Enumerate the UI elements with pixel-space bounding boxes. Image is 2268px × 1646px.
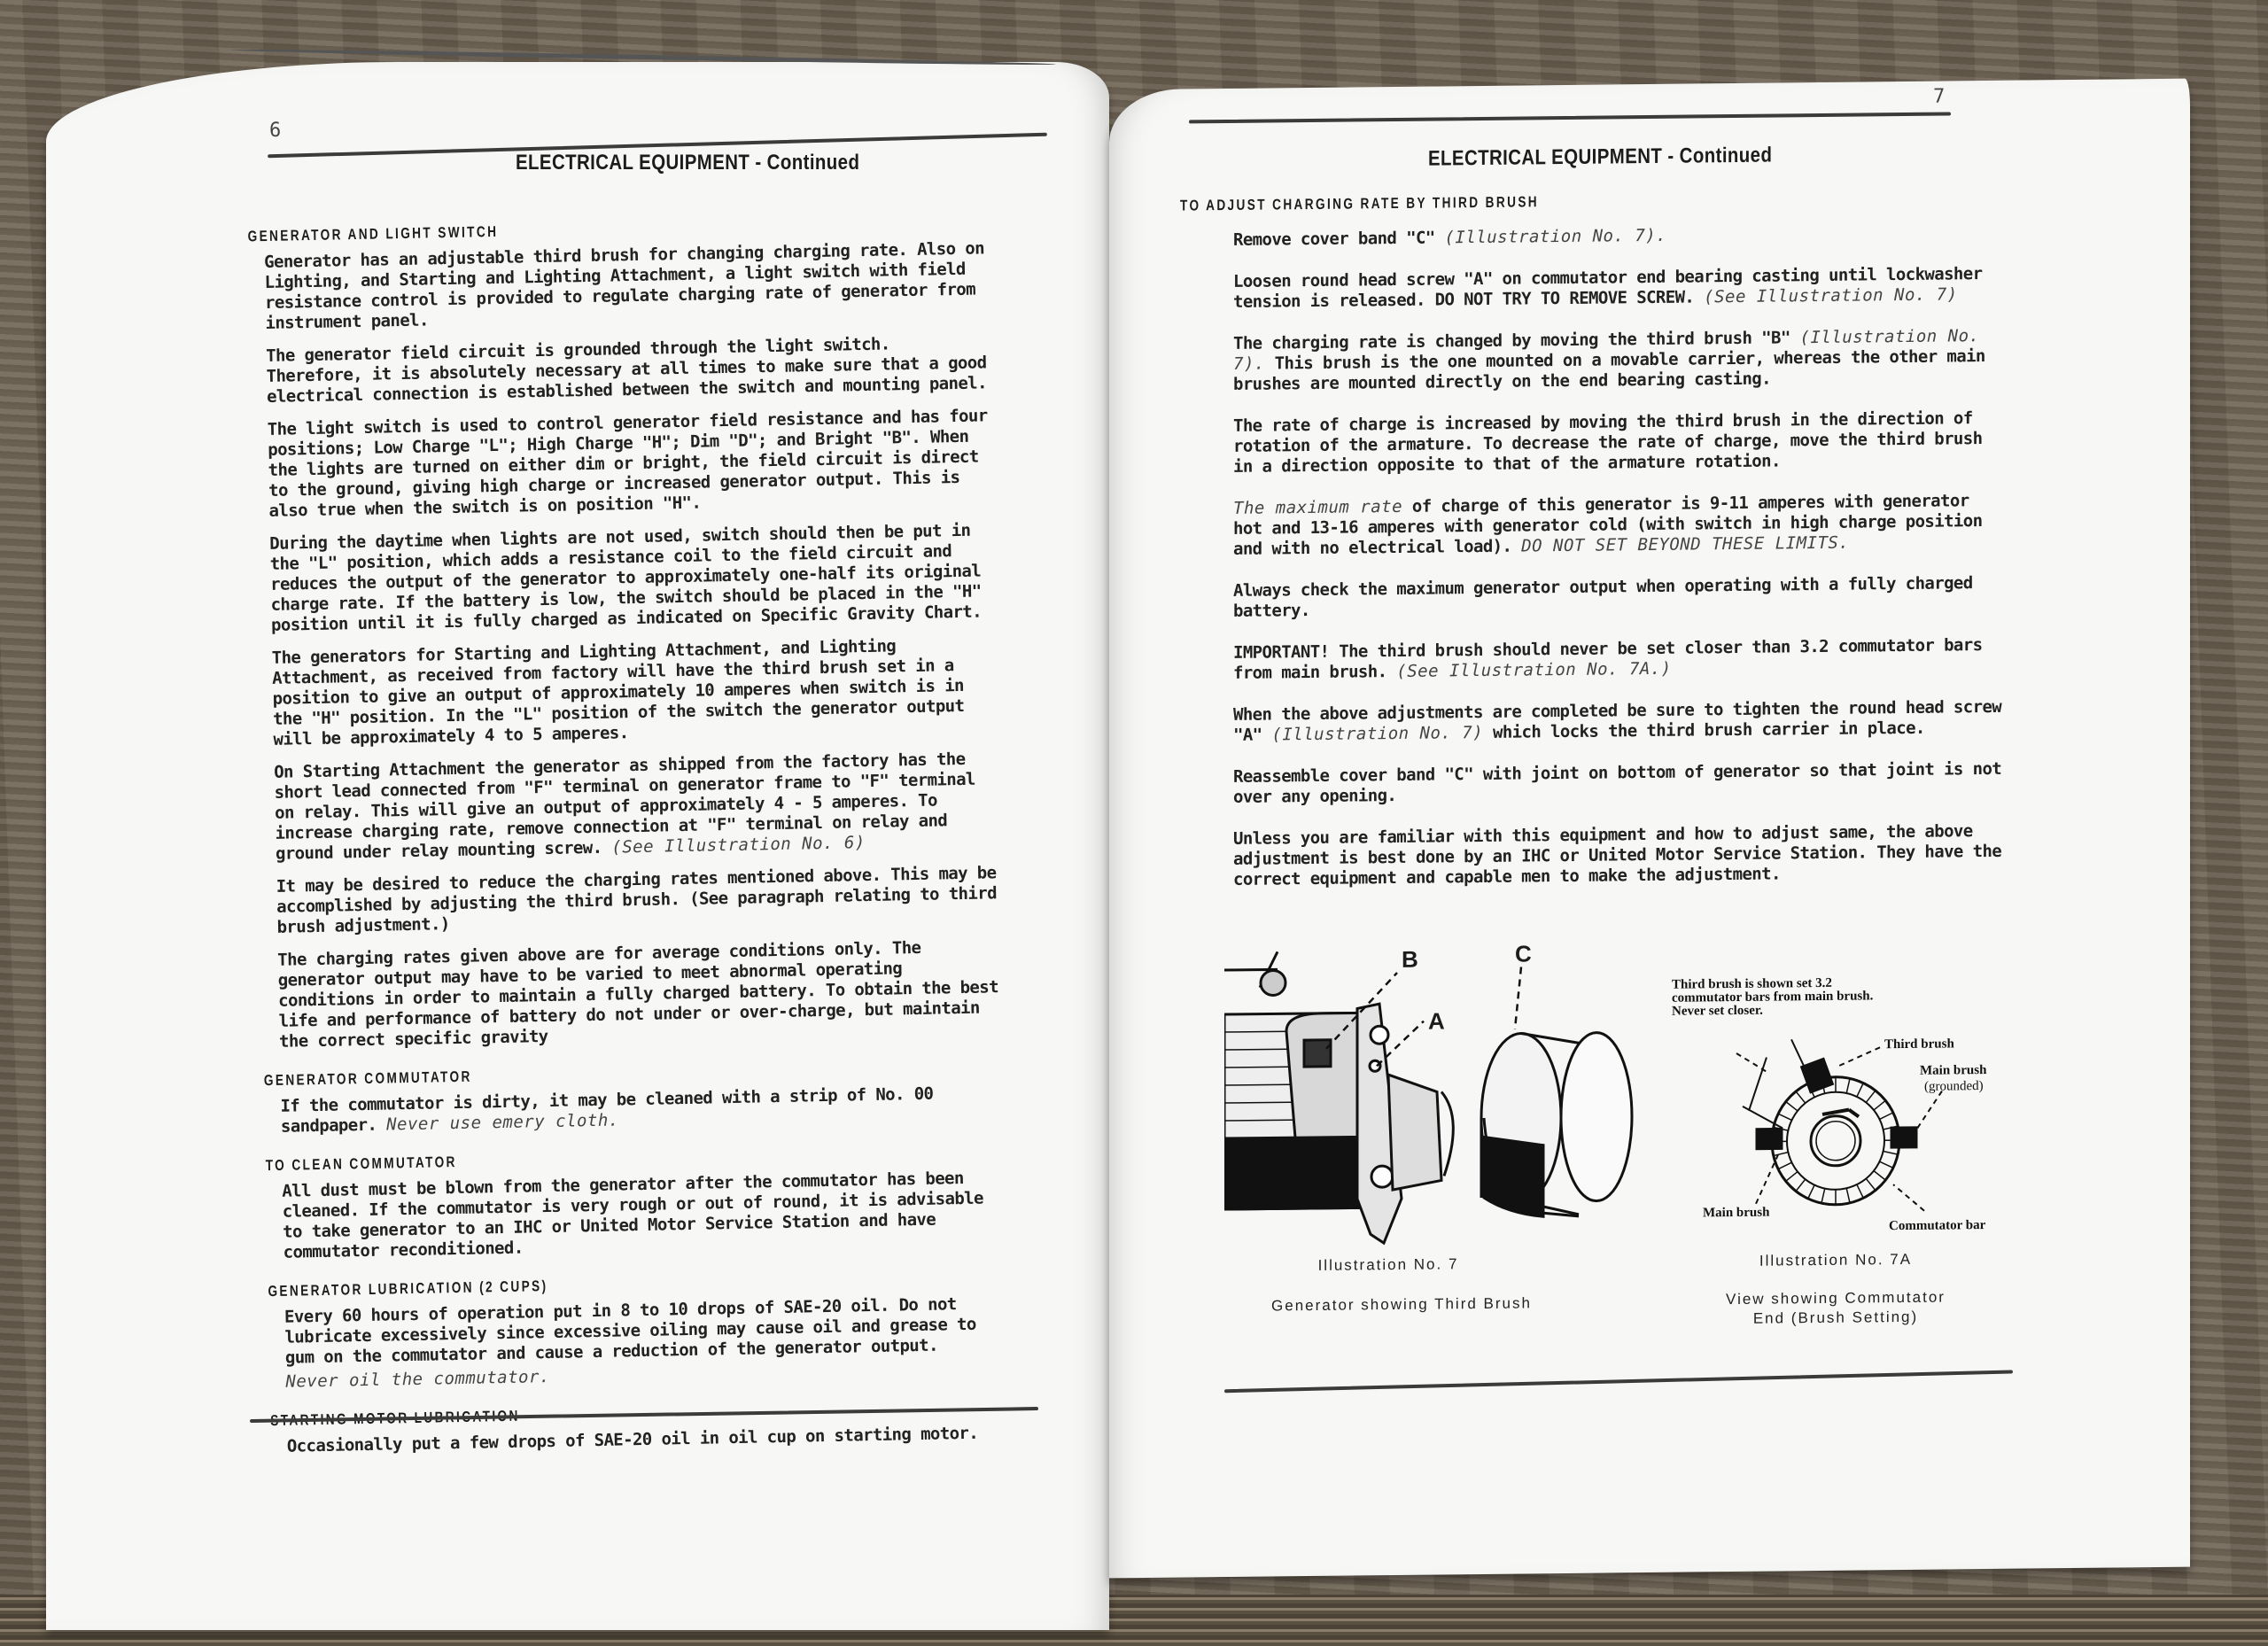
paragraph: The light switch is used to control gene… (268, 406, 996, 522)
label-a: A (1428, 1007, 1445, 1035)
paragraph: On Starting Attachment the generator as … (274, 749, 1002, 865)
section-heading: GENERATOR AND LIGHT SWITCH (247, 216, 842, 245)
main-brush-label: Main brush (1703, 1207, 1769, 1221)
paragraph: It may be desired to reduce the charging… (276, 863, 1003, 938)
right-text-column: TO ADJUST CHARGING RATE BY THIRD BRUSH R… (1233, 169, 2004, 912)
illustration-reference: (See Illustration No. 7A.) (1396, 659, 1671, 681)
footer-rule (1224, 1370, 2013, 1393)
paragraph: The charging rates given above are for a… (277, 936, 1006, 1052)
warning-note: Never use emery cloth. (386, 1110, 619, 1134)
paragraph: If the commutator is dirty, it may be cl… (280, 1083, 1007, 1137)
third-brush-label: Third brush (1884, 1037, 1954, 1052)
main-brush-grounded-label: Main brush (1920, 1064, 1986, 1078)
paragraph: Occasionally put a few drops of SAE-20 o… (287, 1423, 1014, 1457)
illustration-reference: (Illustration No. 7). (1444, 226, 1666, 248)
paragraph-text: which locks the third brush carrier in p… (1493, 718, 1925, 742)
paragraph: Unless you are familiar with this equipm… (1233, 821, 2004, 890)
illustration-7a-caption: Illustration No. 7A (1703, 1250, 1969, 1270)
paragraph: Reassemble cover band "C" with joint on … (1233, 759, 2004, 808)
paragraph: IMPORTANT! The third brush should never … (1233, 635, 2004, 684)
commutator-diagram (1658, 967, 2013, 1236)
paragraph-text: This brush is the one mounted on a movab… (1233, 346, 1985, 394)
paragraph: The maximum rate of charge of this gener… (1233, 491, 2004, 560)
page-number: 6 (269, 120, 281, 142)
illustration-7: B C A Illustration No. 7 Generator showi… (1224, 930, 1685, 1307)
paragraph: Every 60 hours of operation put in 8 to … (284, 1293, 1012, 1369)
illustration-7a-subcaption-2: End (Brush Setting) (1685, 1308, 1986, 1329)
paragraph: When the above adjustments are completed… (1233, 697, 2004, 746)
paragraph-text: Remove cover band "C" (1233, 229, 1435, 250)
paragraph: During the daytime when lights are not u… (269, 520, 998, 636)
illustration-7-subcaption: Generator showing Third Brush (1242, 1294, 1561, 1316)
right-page: 7 ELECTRICAL EQUIPMENT - Continued TO AD… (1109, 79, 2190, 1579)
section-heading: GENERATOR COMMUTATOR (264, 1060, 858, 1090)
illustration-reference: (See Illustration No. 6) (611, 833, 866, 857)
paragraph: The generators for Starting and Lighting… (272, 634, 1000, 750)
left-text-column: GENERATOR AND LIGHT SWITCH Generator has… (263, 194, 1014, 1469)
page-title: ELECTRICAL EQUIPMENT - Continued (516, 151, 859, 175)
warning-note: DO NOT SET BEYOND THESE LIMITS. (1521, 533, 1849, 556)
illustration-reference: (Illustration No. 7) (1271, 723, 1483, 745)
commutator-bar-label: Commutator bar (1889, 1219, 1985, 1233)
section-heading: GENERATOR LUBRICATION (2 CUPS) (268, 1271, 862, 1300)
paragraph: All dust must be blown from the generato… (282, 1168, 1010, 1263)
illustration-7a: Third brush is shown set 3.2 commutator … (1658, 967, 2013, 1360)
section-heading: TO CLEAN COMMUTATOR (266, 1145, 860, 1175)
paragraph: Generator has an adjustable third brush … (264, 238, 992, 334)
paragraph: Remove cover band "C" (Illustration No. … (1233, 222, 2004, 251)
paragraph: Loosen round head screw "A" on commutato… (1233, 264, 2004, 313)
illustration-7-caption: Illustration No. 7 (1264, 1255, 1512, 1276)
paragraph: Always check the maximum generator outpu… (1233, 573, 2004, 622)
page-title: ELECTRICAL EQUIPMENT - Continued (1428, 144, 1772, 172)
grounded-label: (grounded) (1924, 1080, 1984, 1094)
page-number: 7 (1933, 86, 1945, 108)
label-c: C (1515, 940, 1532, 967)
section-heading: TO ADJUST CHARGING RATE BY THIRD BRUSH (1180, 190, 1839, 215)
paragraph: The charging rate is changed by moving t… (1233, 326, 2004, 395)
illustration-7a-subcaption-1: View showing Commutator (1685, 1288, 1986, 1309)
label-b: B (1402, 946, 1418, 974)
top-arc-rule (232, 48, 1056, 66)
generator-drawing (1224, 930, 1685, 1254)
emphasis-lead: The maximum rate (1233, 497, 1402, 518)
illustration-reference: (See Illustration No. 7) (1704, 284, 1958, 307)
paragraph: The generator field circuit is grounded … (266, 332, 993, 408)
paragraph: The rate of charge is increased by movin… (1233, 408, 2004, 477)
header-rule (1189, 112, 1951, 123)
left-page: 6 ELECTRICAL EQUIPMENT - Continued GENER… (46, 62, 1109, 1630)
